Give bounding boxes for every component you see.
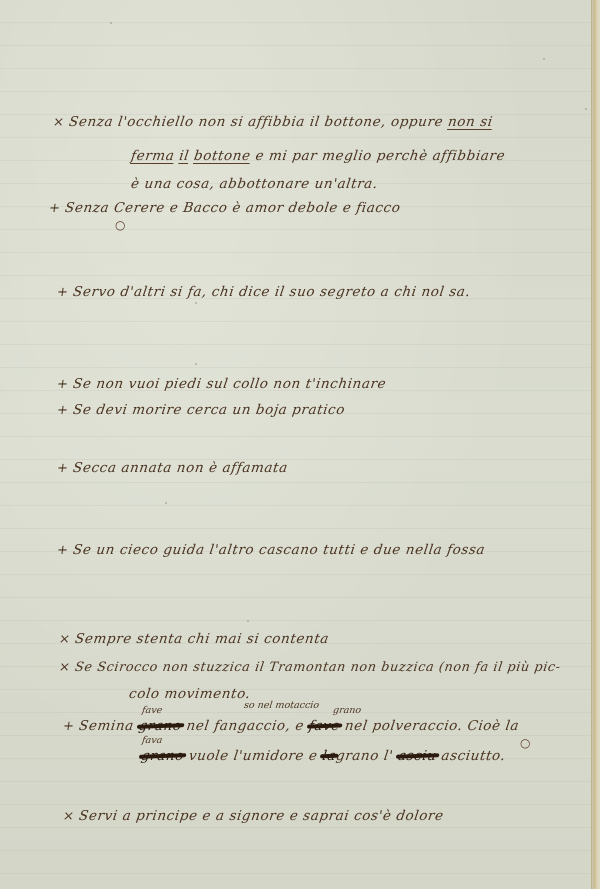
struck-text: fave (308, 718, 341, 734)
text-run: Senza l'occhiello non si affibbia il bot… (68, 114, 449, 130)
interlinear-insertion: fave (141, 705, 163, 716)
entry-10-line-1: +Semina grano nel fangaccio, e fave nel … (62, 718, 520, 734)
entry-9-line-1: ×Se Scirocco non stuzzica il Tramontan n… (58, 660, 562, 675)
entry-2: +Senza Cerere e Bacco è amor debole e fi… (48, 200, 402, 216)
paper-speck (195, 302, 197, 304)
plus-marker: + (56, 461, 72, 476)
text-run: Semina (78, 718, 140, 734)
text-run: grano l' (335, 748, 399, 764)
paper-speck (110, 22, 112, 24)
circle-mark-icon: ○ (520, 736, 530, 750)
cross-marker: × (52, 115, 68, 130)
text-run: nel fangaccio, e (181, 718, 310, 734)
plus-marker: + (56, 403, 72, 418)
text-run: Servo d'altri si fa, chi dice il suo seg… (72, 284, 472, 300)
entry-6: +Secca annata non è affamata (56, 460, 289, 476)
text-run: nel polveraccio. Cioè la (339, 718, 520, 734)
paper-speck (543, 58, 545, 60)
underlined-text: non si (447, 114, 494, 130)
manuscript-page: ×Senza l'occhiello non si affibbia il bo… (0, 0, 600, 889)
entry-5: +Se devi morire cerca un boja pratico (56, 402, 346, 418)
paper-speck (195, 363, 197, 365)
entry-10-line-2: grano vuole l'umidore e lagrano l' asciu… (140, 748, 507, 764)
underlined-text: il (178, 148, 190, 164)
plus-marker: + (56, 377, 72, 392)
struck-text: la (321, 748, 337, 764)
text-run: Senza Cerere e Bacco è amor debole e fia… (64, 200, 402, 216)
interlinear-insertion: grano (332, 705, 362, 716)
circle-mark-icon: ○ (115, 218, 125, 232)
plus-marker: + (48, 201, 64, 216)
entry-11: ×Servi a principe e a signore e saprai c… (62, 808, 445, 824)
text-run: Se non vuoi piedi sul collo non t'inchin… (72, 376, 387, 392)
entry-4: +Se non vuoi piedi sul collo non t'inchi… (56, 376, 387, 392)
text-run: e mi par meglio perchè affibbiare (250, 148, 507, 164)
entry-3: +Servo d'altri si fa, chi dice il suo se… (56, 284, 472, 300)
paper-speck (165, 502, 167, 504)
entry-8: ×Sempre stenta chi mai si contenta (58, 631, 330, 647)
text-run: vuole l'umidore e (183, 748, 324, 764)
text-run: Se un cieco guida l'altro cascano tutti … (72, 542, 486, 558)
text-run: Sempre stenta chi mai si contenta (74, 631, 330, 647)
interlinear-insertion: fava (141, 735, 163, 746)
paper-speck (585, 108, 587, 110)
struck-text: asciu (397, 748, 438, 764)
text-run: Se Scirocco non stuzzica il Tramontan no… (74, 660, 562, 675)
cross-marker: × (58, 632, 74, 647)
struck-text: grano (140, 748, 185, 764)
entry-1-line-1: ×Senza l'occhiello non si affibbia il bo… (52, 114, 494, 130)
page-edge (591, 0, 600, 889)
cross-marker: × (62, 809, 78, 824)
plus-marker: + (56, 543, 72, 558)
entry-9-line-2: colo movimento. (128, 686, 252, 702)
entry-7: +Se un cieco guida l'altro cascano tutti… (56, 542, 486, 558)
text-run: Se devi morire cerca un boja pratico (72, 402, 346, 418)
underlined-text: ferma (130, 148, 176, 164)
interlinear-insertion: so nel motaccio (243, 700, 320, 711)
text-run: Servi a principe e a signore e saprai co… (78, 808, 445, 824)
entry-1-line-3: è una cosa, abbottonare un'altra. (130, 176, 379, 192)
text-run: Secca annata non è affamata (72, 460, 289, 476)
text-run: colo movimento. (128, 686, 252, 702)
plus-marker: + (56, 285, 72, 300)
underlined-text: bottone (193, 148, 252, 164)
entry-1-line-2: ferma il bottone e mi par meglio perchè … (130, 148, 506, 164)
plus-marker: + (62, 719, 78, 734)
page-edge-line (591, 0, 592, 889)
cross-marker: × (58, 660, 74, 675)
paper-speck (247, 620, 249, 622)
struck-text: grano (138, 718, 183, 734)
text-run: è una cosa, abbottonare un'altra. (130, 176, 379, 192)
text-run: asciutto. (435, 748, 506, 764)
